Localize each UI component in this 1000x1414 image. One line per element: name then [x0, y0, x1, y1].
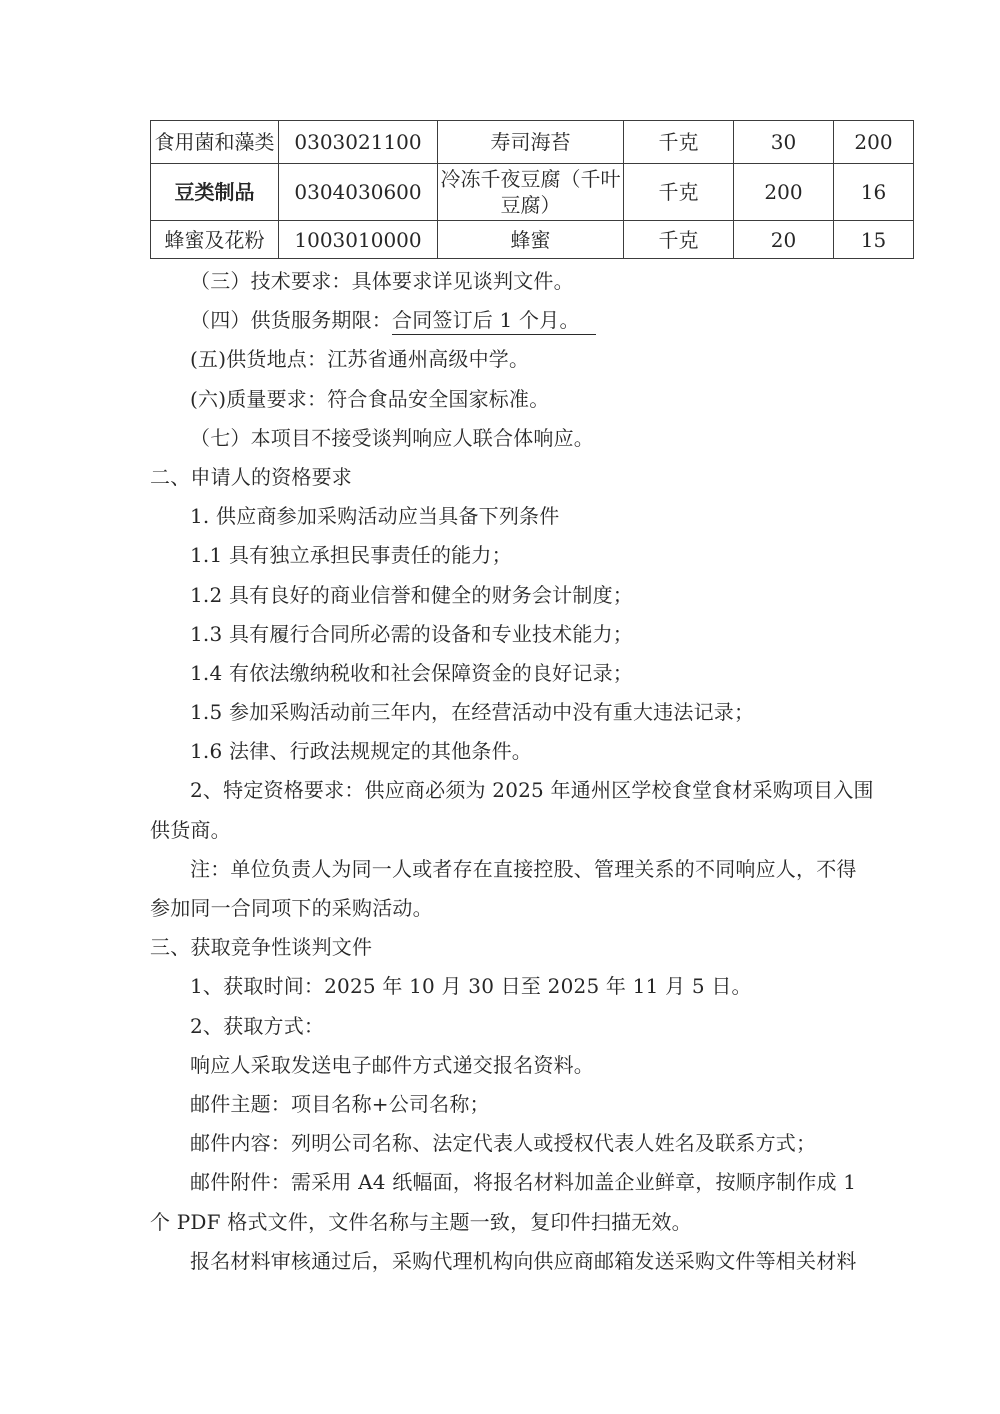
table-cell-name: 蜂蜜 — [438, 221, 624, 259]
table-cell-quantity: 30 — [734, 121, 834, 164]
text-line: （三）技术要求：具体要求详见谈判文件。 — [150, 262, 862, 301]
table-cell-price: 15 — [834, 221, 914, 259]
table-row: 蜂蜜及花粉 1003010000 蜂蜜 千克 20 15 — [151, 221, 914, 259]
text-line: 1.3 具有履行合同所必需的设备和专业技术能力； — [150, 615, 862, 654]
table-cell-unit: 千克 — [624, 221, 734, 259]
text-line: (五)供货地点：江苏省通州高级中学。 — [150, 340, 862, 379]
text-line: 1.6 法律、行政法规规定的其他条件。 — [150, 732, 862, 771]
text-line: 邮件主题：项目名称+公司名称； — [150, 1085, 862, 1124]
table-cell-quantity: 20 — [734, 221, 834, 259]
table-cell-quantity: 200 — [734, 164, 834, 221]
text-line: 个 PDF 格式文件，文件名称与主题一致，复印件扫描无效。 — [150, 1203, 862, 1242]
underlined-text: 合同签订后 1 个月。 — [392, 308, 596, 335]
text-line: 2、特定资格要求：供应商必须为 2025 年通州区学校食堂食材采购项目入围 — [150, 771, 862, 810]
text-line: （四）供货服务期限：合同签订后 1 个月。 — [150, 301, 862, 340]
table-cell-unit: 千克 — [624, 121, 734, 164]
table-cell-unit: 千克 — [624, 164, 734, 221]
section-heading: 二、申请人的资格要求 — [150, 458, 862, 497]
text-line: 报名材料审核通过后，采购代理机构向供应商邮箱发送采购文件等相关材料 — [150, 1242, 862, 1281]
body-text: （三）技术要求：具体要求详见谈判文件。 （四）供货服务期限：合同签订后 1 个月… — [150, 262, 862, 1281]
text-line: 邮件内容：列明公司名称、法定代表人或授权代表人姓名及联系方式； — [150, 1124, 862, 1163]
table-cell-category: 食用菌和藻类 — [151, 121, 279, 164]
text-line: 1、获取时间：2025 年 10 月 30 日至 2025 年 11 月 5 日… — [150, 967, 862, 1006]
text-line: 响应人采取发送电子邮件方式递交报名资料。 — [150, 1046, 862, 1085]
table-cell-category: 蜂蜜及花粉 — [151, 221, 279, 259]
table-cell-price: 16 — [834, 164, 914, 221]
text-line: 1.5 参加采购活动前三年内，在经营活动中没有重大违法记录； — [150, 693, 862, 732]
table-cell-name: 冷冻千夜豆腐（千叶豆腐） — [438, 164, 624, 221]
table-row: 豆类制品 0304030600 冷冻千夜豆腐（千叶豆腐） 千克 200 16 — [151, 164, 914, 221]
table-cell-name: 寿司海苔 — [438, 121, 624, 164]
text-line: 1.2 具有良好的商业信誉和健全的财务会计制度； — [150, 576, 862, 615]
table-cell-price: 200 — [834, 121, 914, 164]
table-cell-code: 1003010000 — [279, 221, 438, 259]
text-line: 注：单位负责人为同一人或者存在直接控股、管理关系的不同响应人，不得 — [150, 850, 862, 889]
text-line: 邮件附件：需采用 A4 纸幅面，将报名材料加盖企业鲜章，按顺序制作成 1 — [150, 1163, 862, 1202]
table-row: 食用菌和藻类 0303021100 寿司海苔 千克 30 200 — [151, 121, 914, 164]
table-cell-category: 豆类制品 — [151, 164, 279, 221]
text-line: 1.4 有依法缴纳税收和社会保障资金的良好记录； — [150, 654, 862, 693]
text-line: 供货商。 — [150, 811, 862, 850]
table-cell-code: 0303021100 — [279, 121, 438, 164]
text-line: (六)质量要求：符合食品安全国家标准。 — [150, 380, 862, 419]
text-line: 1. 供应商参加采购活动应当具备下列条件 — [150, 497, 862, 536]
text-line: 参加同一合同项下的采购活动。 — [150, 889, 862, 928]
text-line: （七）本项目不接受谈判响应人联合体响应。 — [150, 419, 862, 458]
text-line: 2、获取方式： — [150, 1007, 862, 1046]
text-line: 1.1 具有独立承担民事责任的能力； — [150, 536, 862, 575]
product-table: 食用菌和藻类 0303021100 寿司海苔 千克 30 200 豆类制品 03… — [150, 120, 914, 259]
table-cell-code: 0304030600 — [279, 164, 438, 221]
section-heading: 三、获取竞争性谈判文件 — [150, 928, 862, 967]
document-page: 食用菌和藻类 0303021100 寿司海苔 千克 30 200 豆类制品 03… — [0, 0, 1000, 1414]
